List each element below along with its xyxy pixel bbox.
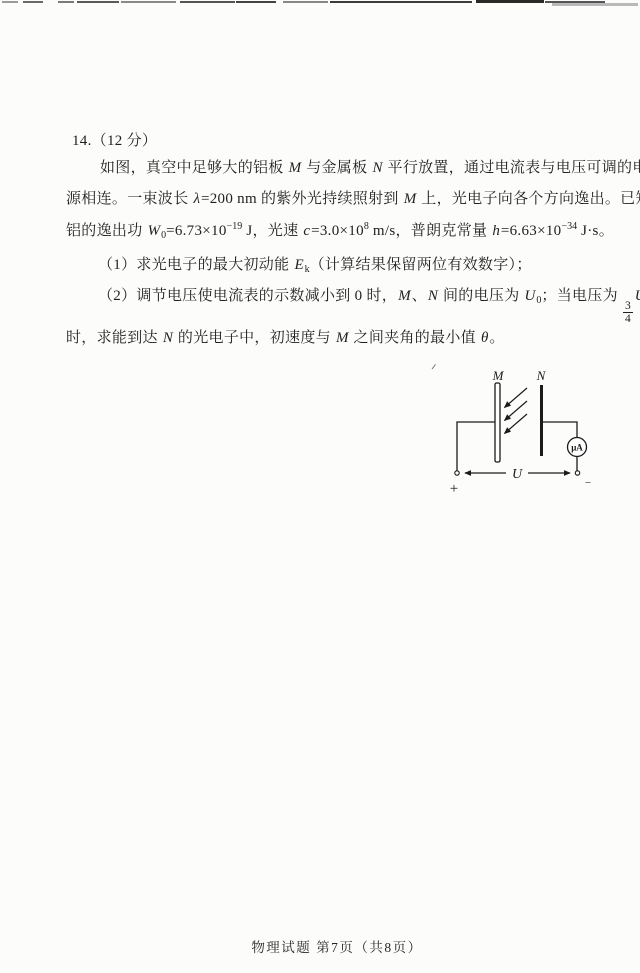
scan-artifact: [432, 365, 436, 370]
variable-theta: θ: [480, 330, 489, 346]
text-run: ；当电压为: [541, 288, 622, 304]
scan-artifact: [552, 3, 638, 6]
wire-left: [457, 422, 495, 471]
scan-artifact: [77, 1, 119, 3]
text-run: =200 nm 的紫外光持续照射到: [201, 191, 403, 207]
variable-U0: U: [634, 288, 640, 304]
text-run: =3.0×10: [311, 223, 364, 239]
variable-U0: U: [524, 288, 537, 304]
scan-artifact: [330, 1, 472, 3]
text-run: （计算结果保留两位有效数字）；: [310, 257, 532, 273]
text-run: J·s。: [577, 223, 614, 239]
text-run: 14.（12 分）: [72, 133, 157, 149]
text-run: 源相连。一束波长: [66, 191, 192, 207]
page-footer: 物理试题 第7页（共8页）: [0, 936, 640, 956]
text-run: =6.63×10: [501, 223, 562, 239]
scan-artifact: [121, 1, 176, 3]
question-line-7: 时，求能到达 N 的光电子中，初速度与 M 之间夹角的最小值 θ。: [66, 328, 505, 349]
text-run: 间的电压为: [439, 288, 524, 304]
fraction-three-fourths: 34: [623, 300, 633, 325]
minus-sign: −: [585, 477, 591, 489]
text-run: 平行放置，通过电流表与电压可调的电: [383, 160, 640, 176]
variable-N: N: [427, 288, 439, 304]
variable-lambda: λ: [192, 191, 201, 207]
scan-artifact: [180, 1, 235, 3]
scan-artifact: [283, 1, 328, 3]
question-line-3: 源相连。一束波长 λ=200 nm 的紫外光持续照射到 M 上，光电子向各个方向…: [66, 189, 640, 210]
text-run: 之间夹角的最小值: [349, 330, 480, 346]
text-run: 的光电子中，初速度与: [174, 330, 335, 346]
variable-c: c: [302, 223, 311, 239]
scan-artifact: [236, 1, 276, 3]
circuit-diagram: M N μA U + −: [425, 360, 610, 495]
variable-N: N: [371, 160, 383, 176]
fraction-denominator: 4: [623, 312, 633, 325]
fraction-numerator: 3: [625, 300, 631, 312]
variable-M: M: [403, 191, 418, 207]
question-part-1: （1）求光电子的最大初动能 Ek（计算结果保留两位有效数字）；: [98, 255, 532, 276]
text-run: 、: [412, 288, 427, 304]
variable-Ek: E: [293, 257, 304, 273]
superscript: −19: [227, 221, 243, 232]
superscript: −34: [561, 221, 577, 232]
text-run: 时，求能到达: [66, 330, 162, 346]
plate-n-label: N: [536, 368, 547, 383]
variable-M: M: [288, 160, 303, 176]
question-number: 14.（12 分）: [72, 131, 157, 152]
text-run: 与金属板: [302, 160, 371, 176]
plus-sign: +: [450, 481, 458, 495]
plate-m-label: M: [492, 368, 505, 383]
microammeter-label: μA: [571, 443, 583, 453]
voltage-label: U: [512, 467, 523, 482]
plate-m: [495, 383, 500, 462]
wire-right: [543, 422, 577, 438]
variable-M: M: [335, 330, 350, 346]
scan-artifact: [58, 1, 74, 3]
scan-artifact: [23, 1, 43, 3]
scan-artifact: [2, 1, 18, 3]
scan-artifact: [476, 0, 544, 3]
variable-h: h: [491, 223, 501, 239]
question-line-2: 如图，真空中足够大的铝板 M 与金属板 N 平行放置，通过电流表与电压可调的电: [100, 158, 640, 179]
variable-W0: W: [147, 223, 162, 239]
question-part-2: （2）调节电压使电流表的示数减小到 0 时，M、N 间的电压为 U0；当电压为 …: [98, 286, 640, 325]
text-run: =6.73×10: [166, 223, 227, 239]
terminal-negative: [575, 471, 579, 475]
variable-N: N: [162, 330, 174, 346]
text-run: 。: [489, 330, 504, 346]
text-run: 铝的逸出功: [66, 223, 147, 239]
text-run: 上，光电子向各个方向逸出。已知: [417, 191, 640, 207]
text-run: （1）求光电子的最大初动能: [98, 257, 293, 273]
text-run: 如图，真空中足够大的铝板: [100, 160, 288, 176]
text-run: J，光速: [242, 223, 302, 239]
text-run: （2）调节电压使电流表的示数减小到 0 时，: [98, 288, 397, 304]
terminal-positive: [455, 471, 459, 475]
exam-page: 14.（12 分） 如图，真空中足够大的铝板 M 与金属板 N 平行放置，通过电…: [0, 0, 640, 973]
variable-M: M: [397, 288, 412, 304]
question-line-4: 铝的逸出功 W0=6.73×10−19 J，光速 c=3.0×108 m/s，普…: [66, 221, 614, 242]
text-run: m/s，普朗克常量: [369, 223, 491, 239]
